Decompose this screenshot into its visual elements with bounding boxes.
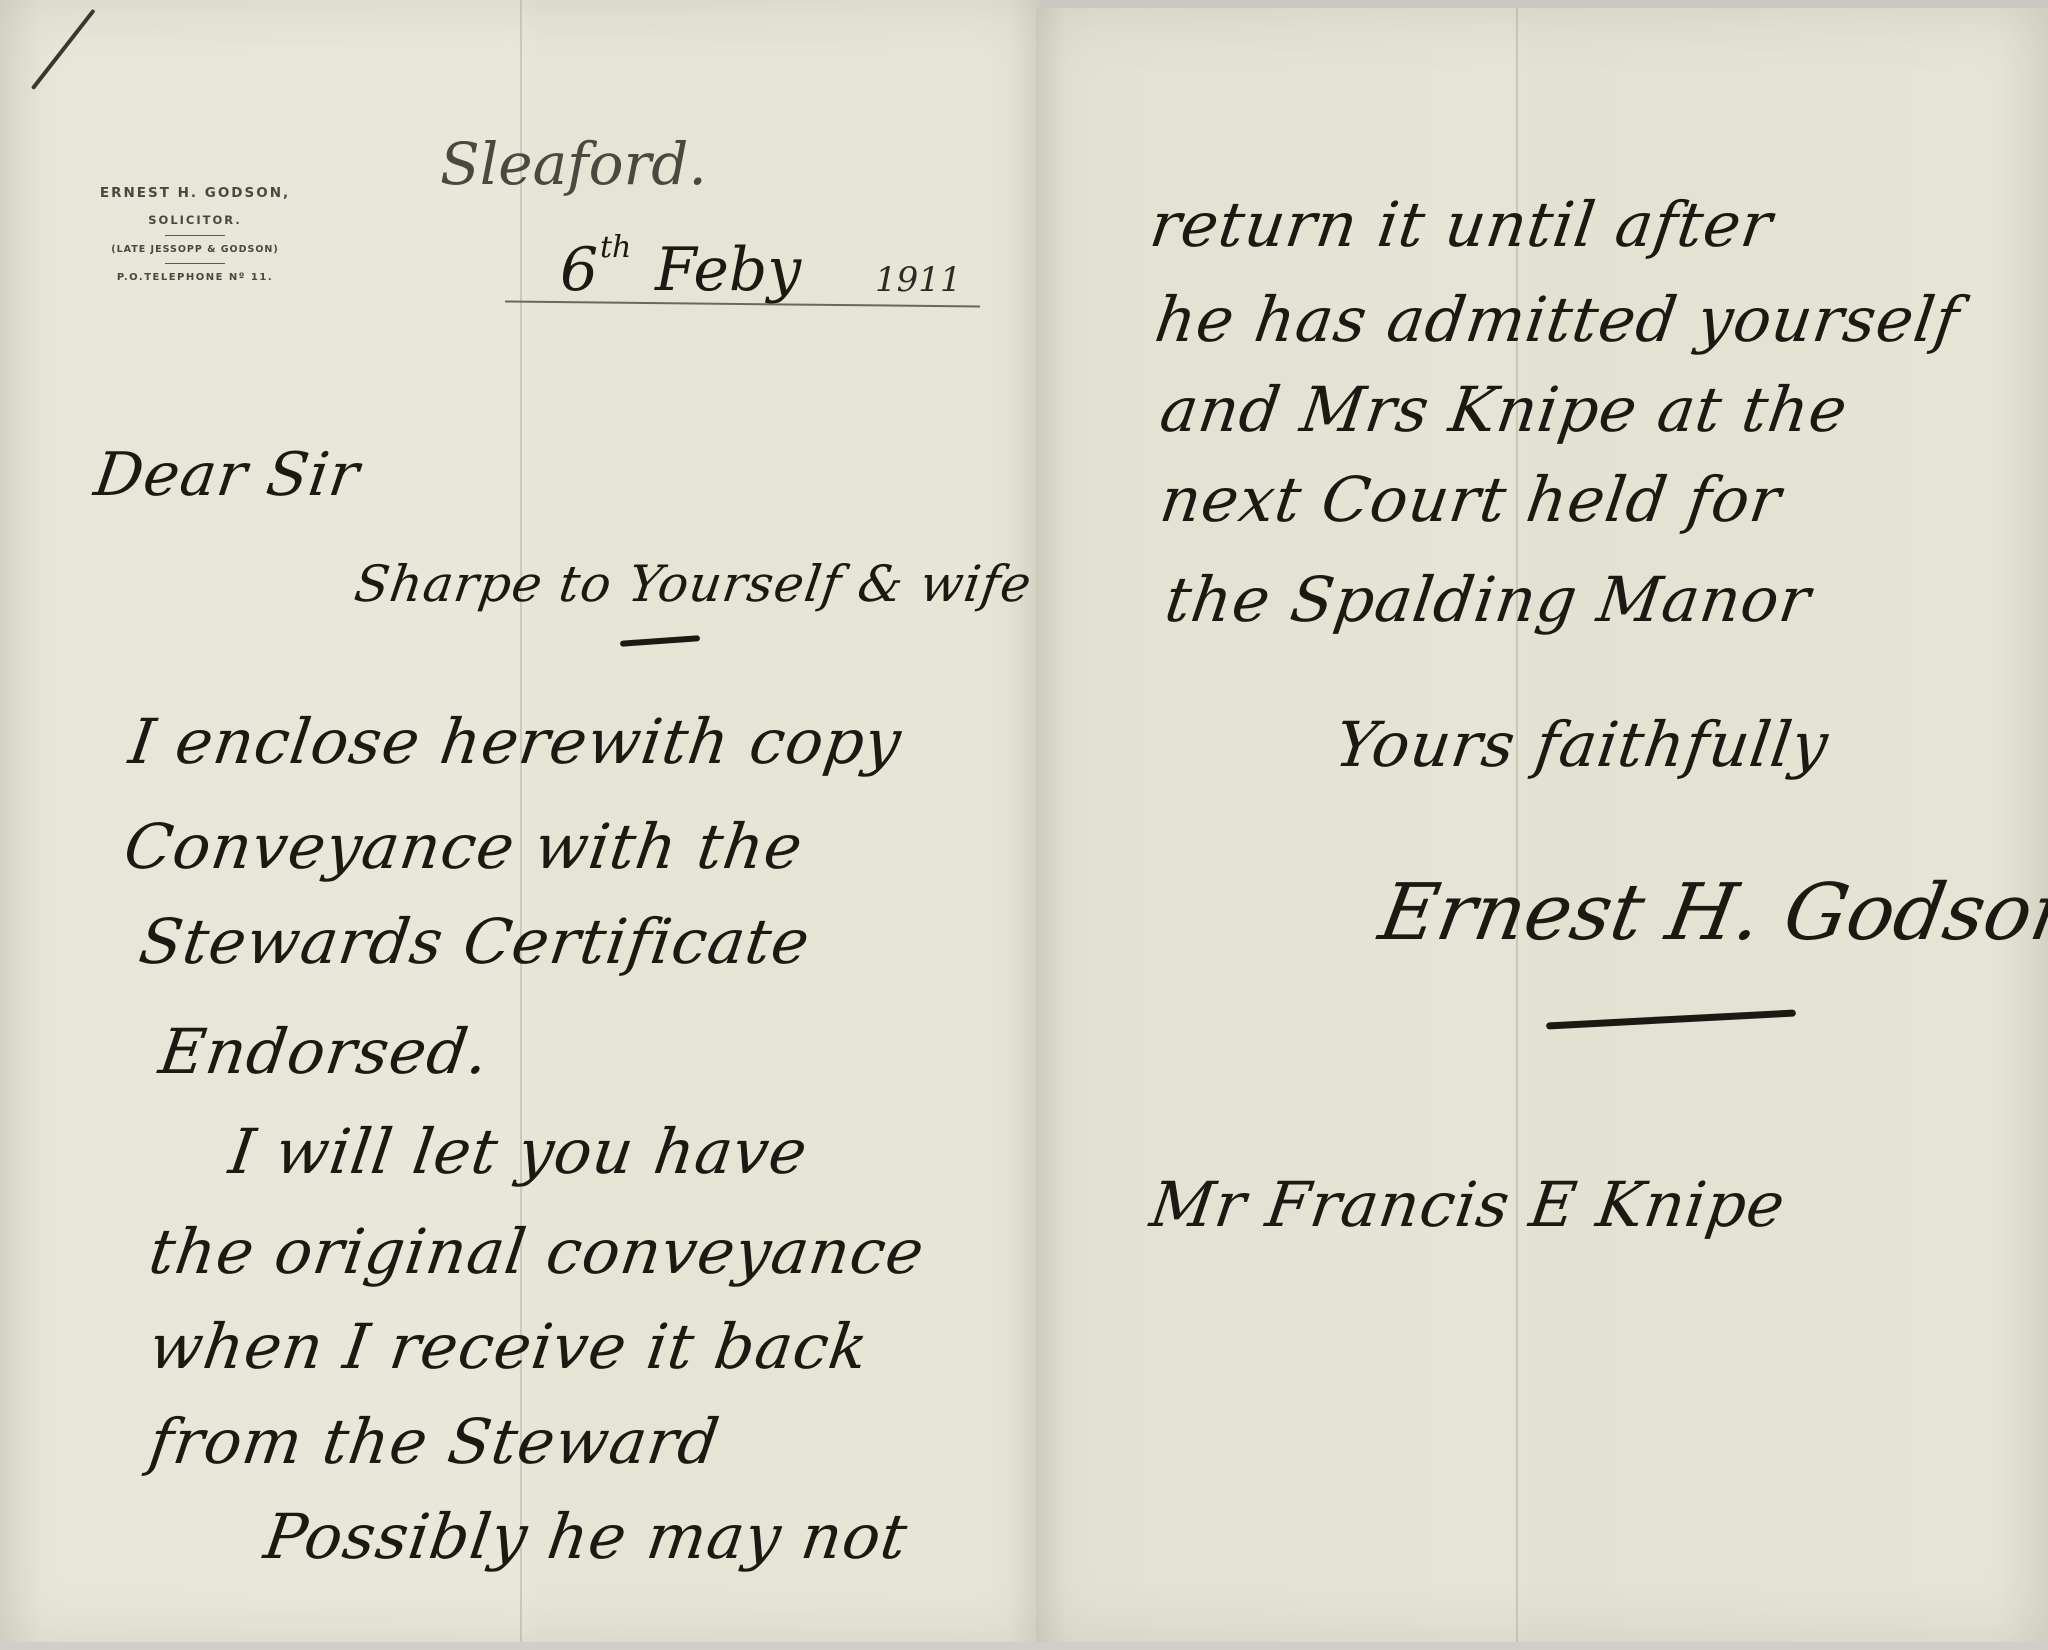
body-line: the original conveyance xyxy=(145,1215,929,1288)
body-line: return it until after xyxy=(1146,188,1777,261)
letterhead-divider xyxy=(165,263,225,264)
letterhead-divider xyxy=(165,235,225,236)
body-line: and Mrs Knipe at the xyxy=(1156,373,1852,446)
body-line: I will let you have xyxy=(225,1115,812,1188)
left-page: ERNEST H. GODSON, SOLICITOR. (LATE JESSO… xyxy=(0,0,1040,1645)
letterhead-telephone: P.O.TELEPHONE Nº 11. xyxy=(60,272,330,283)
body-line: from the Steward xyxy=(145,1405,724,1478)
signature-underline xyxy=(1546,1009,1796,1029)
letterhead: ERNEST H. GODSON, SOLICITOR. (LATE JESSO… xyxy=(60,185,330,283)
letterhead-name: ERNEST H. GODSON, xyxy=(60,185,330,201)
salutation: Dear Sir xyxy=(90,440,364,510)
body-line: the Spalding Manor xyxy=(1161,563,1816,636)
date-day: 6 xyxy=(560,235,598,305)
addressee: Mr Francis E Knipe xyxy=(1146,1168,1790,1241)
signature: Ernest H. Godson xyxy=(1373,868,2048,958)
body-line: Endorsed. xyxy=(155,1015,494,1088)
body-line: Conveyance with the xyxy=(120,810,808,883)
background-bottom xyxy=(0,1642,2048,1650)
date-month: Feby xyxy=(655,235,801,305)
subject-underline xyxy=(620,635,700,647)
body-line: next Court held for xyxy=(1156,463,1786,536)
body-line: when I receive it back xyxy=(145,1310,873,1383)
date-year: 1911 xyxy=(875,260,962,300)
body-line: I enclose herewith copy xyxy=(125,705,906,778)
letterhead-formerly: (LATE JESSOPP & GODSON) xyxy=(60,244,330,255)
closing: Yours faithfully xyxy=(1331,708,1833,781)
date-suffix: th xyxy=(600,230,631,265)
body-line: he has admitted yourself xyxy=(1151,283,1964,356)
body-line: Possibly he may not xyxy=(260,1500,913,1573)
check-mark-icon xyxy=(31,9,96,90)
place-name: Sleaford. xyxy=(440,130,707,198)
letterhead-title: SOLICITOR. xyxy=(60,213,330,227)
body-line: Stewards Certificate xyxy=(135,905,815,978)
right-page: return it until after he has admitted yo… xyxy=(1036,8,2048,1643)
subject-line: Sharpe to Yourself & wife xyxy=(351,555,1036,613)
